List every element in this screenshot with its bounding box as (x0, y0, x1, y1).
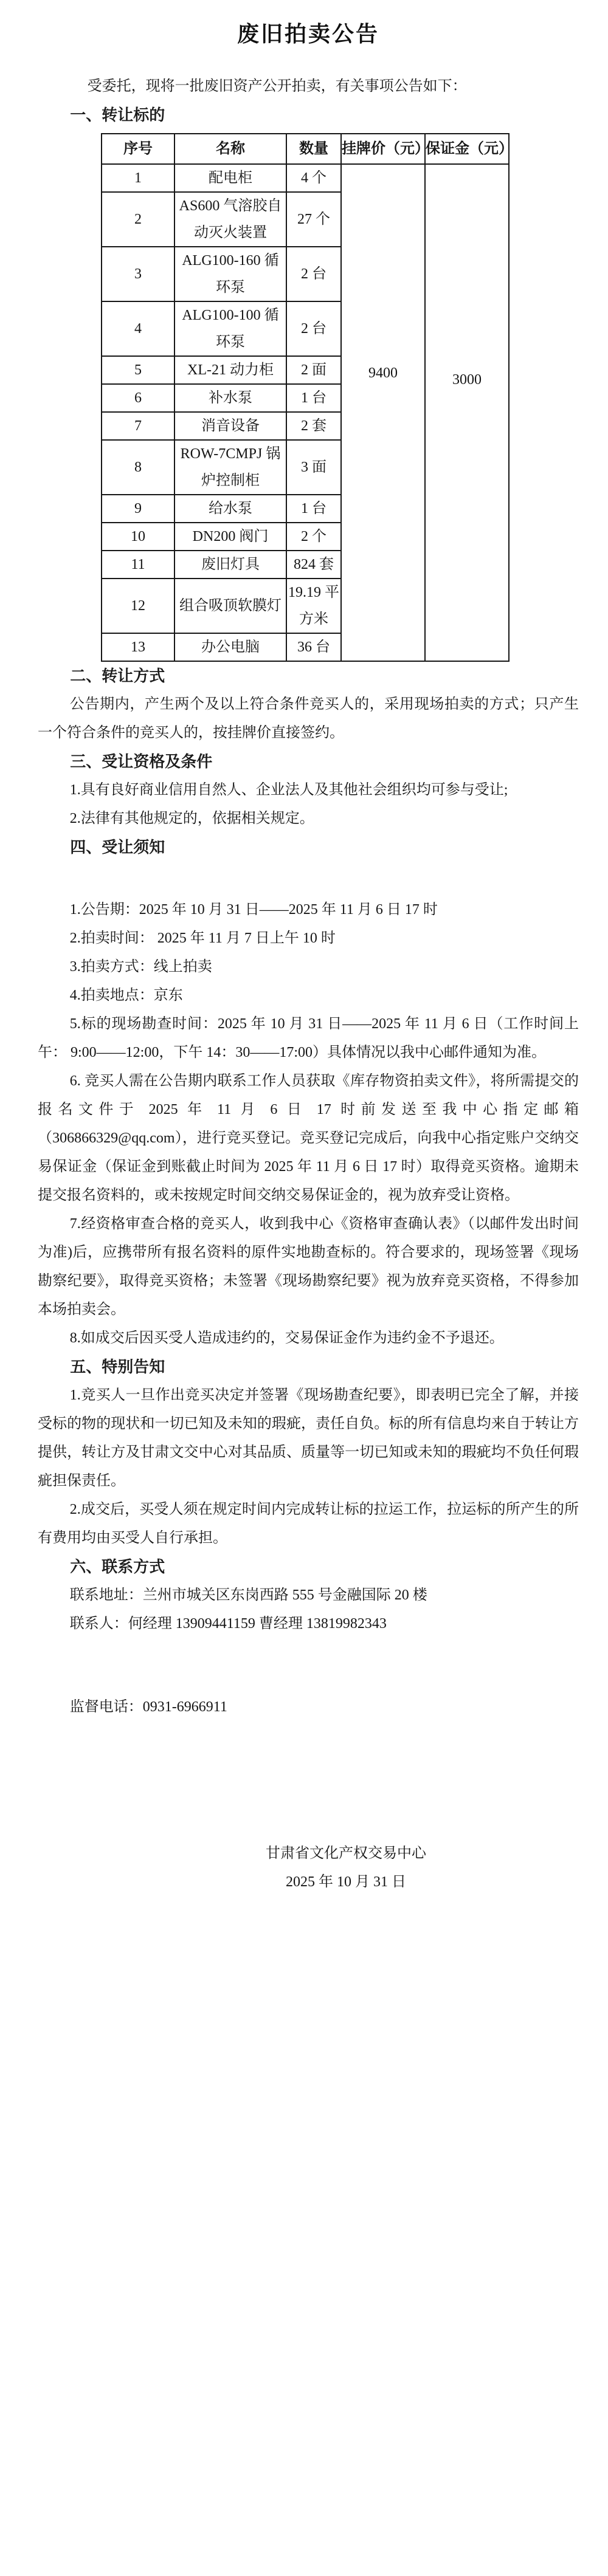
section6-heading: 六、联系方式 (38, 1553, 579, 1581)
cell-name: 办公电脑 (174, 633, 286, 661)
cell-name: 配电柜 (174, 164, 286, 192)
cell-qty: 4 个 (286, 164, 341, 192)
cell-name: XL-21 动力柜 (174, 356, 286, 384)
cell-no: 12 (102, 579, 174, 633)
cell-no: 7 (102, 412, 174, 440)
contact-persons: 联系人：何经理 13909441159 曹经理 13819982343 (38, 1610, 579, 1638)
section4-item-5: 5.标的现场勘查时间：2025 年 10 月 31 日——2025 年 11 月… (38, 1010, 579, 1067)
cell-deposit: 3000 (425, 164, 509, 661)
section4-item-7: 7.经资格审查合格的竞买人，收到我中心《资格审查确认表》（以邮件发出时间为准)后… (38, 1210, 579, 1324)
col-header-listing-price: 挂牌价（元） (341, 134, 425, 164)
cell-name: 给水泵 (174, 495, 286, 523)
issuer-name: 甘肃省文化产权交易中心 (75, 1839, 608, 1868)
cell-qty: 2 台 (286, 301, 341, 356)
section4-item-8: 8.如成交后因买受人造成违约的，交易保证金作为违约金不予退还。 (38, 1324, 579, 1353)
cell-qty: 2 台 (286, 247, 341, 301)
section2-paragraph: 公告期内，产生两个及以上符合条件竞买人的，采用现场拍卖的方式；只产生一个符合条件… (38, 690, 579, 747)
cell-name: ROW-7CMPJ 锅炉控制柜 (174, 440, 286, 495)
cell-qty: 2 面 (286, 356, 341, 384)
cell-no: 9 (102, 495, 174, 523)
cell-qty: 2 套 (286, 412, 341, 440)
col-header-qty: 数量 (286, 134, 341, 164)
cell-name: 消音设备 (174, 412, 286, 440)
cell-qty: 824 套 (286, 551, 341, 579)
cell-qty: 3 面 (286, 440, 341, 495)
section4-item-3: 3.拍卖方式：线上拍卖 (38, 953, 579, 981)
section3-item-2: 2.法律有其他规定的，依据相关规定。 (38, 805, 579, 833)
col-header-name: 名称 (174, 134, 286, 164)
intro-paragraph: 受委托，现将一批废旧资产公开拍卖，有关事项公告如下： (38, 72, 579, 101)
section5-item-2: 2.成交后，买受人须在规定时间内完成转让标的拉运工作，拉运标的所产生的所有费用均… (38, 1496, 579, 1553)
col-header-deposit: 保证金（元） (425, 134, 509, 164)
cell-qty: 36 台 (286, 633, 341, 661)
section1-heading: 一、转让标的 (38, 101, 579, 129)
cell-name: DN200 阀门 (174, 523, 286, 551)
cell-qty: 27 个 (286, 192, 341, 247)
cell-listing-price: 9400 (341, 164, 425, 661)
section4-item-4: 4.拍卖地点：京东 (38, 981, 579, 1010)
cell-qty: 1 台 (286, 384, 341, 412)
contact-address: 联系地址：兰州市城关区东岗西路 555 号金融国际 20 楼 (38, 1581, 579, 1610)
cell-name: 废旧灯具 (174, 551, 286, 579)
cell-no: 1 (102, 164, 174, 192)
document-page: 废旧拍卖公告 受委托，现将一批废旧资产公开拍卖，有关事项公告如下： 一、转让标的… (0, 0, 608, 1897)
cell-no: 8 (102, 440, 174, 495)
cell-no: 13 (102, 633, 174, 661)
cell-no: 3 (102, 247, 174, 301)
signature-block: 甘肃省文化产权交易中心 2025 年 10 月 31 日 (75, 1839, 608, 1897)
cell-no: 11 (102, 551, 174, 579)
cell-qty: 19.19 平方米 (286, 579, 341, 633)
page-title: 废旧拍卖公告 (38, 17, 579, 51)
supervision-phone: 监督电话：0931-6966911 (38, 1693, 579, 1722)
section3-item-1: 1.具有良好商业信用自然人、企业法人及其他社会组织均可参与受让; (38, 776, 579, 805)
cell-qty: 2 个 (286, 523, 341, 551)
cell-qty: 1 台 (286, 495, 341, 523)
lots-table: 序号 名称 数量 挂牌价（元） 保证金（元） 1 配电柜 4 个 9400 30… (101, 133, 510, 662)
cell-no: 6 (102, 384, 174, 412)
cell-name: ALG100-100 循环泵 (174, 301, 286, 356)
section4-heading: 四、受让须知 (38, 833, 579, 862)
section5-item-1: 1.竞买人一旦作出竞买决定并签署《现场勘查纪要》，即表明已完全了解，并接受标的物… (38, 1381, 579, 1496)
cell-name: AS600 气溶胶自动灭火装置 (174, 192, 286, 247)
section3-heading: 三、受让资格及条件 (38, 747, 579, 776)
cell-no: 4 (102, 301, 174, 356)
cell-no: 2 (102, 192, 174, 247)
section2-heading: 二、转让方式 (38, 662, 579, 690)
issue-date: 2025 年 10 月 31 日 (75, 1868, 608, 1897)
table-header-row: 序号 名称 数量 挂牌价（元） 保证金（元） (102, 134, 509, 164)
cell-name: 补水泵 (174, 384, 286, 412)
section5-heading: 五、特别告知 (38, 1353, 579, 1381)
col-header-no: 序号 (102, 134, 174, 164)
cell-name: 组合吸顶软膜灯 (174, 579, 286, 633)
cell-no: 10 (102, 523, 174, 551)
section4-item-6: 6. 竞买人需在公告期内联系工作人员获取《库存物资拍卖文件》，将所需提交的报名文… (38, 1067, 579, 1210)
cell-no: 5 (102, 356, 174, 384)
section4-item-1: 1.公告期：2025 年 10 月 31 日——2025 年 11 月 6 日 … (38, 896, 579, 924)
table-row: 1 配电柜 4 个 9400 3000 (102, 164, 509, 192)
section4-item-2: 2.拍卖时间： 2025 年 11 月 7 日上午 10 时 (38, 924, 579, 953)
cell-name: ALG100-160 循环泵 (174, 247, 286, 301)
